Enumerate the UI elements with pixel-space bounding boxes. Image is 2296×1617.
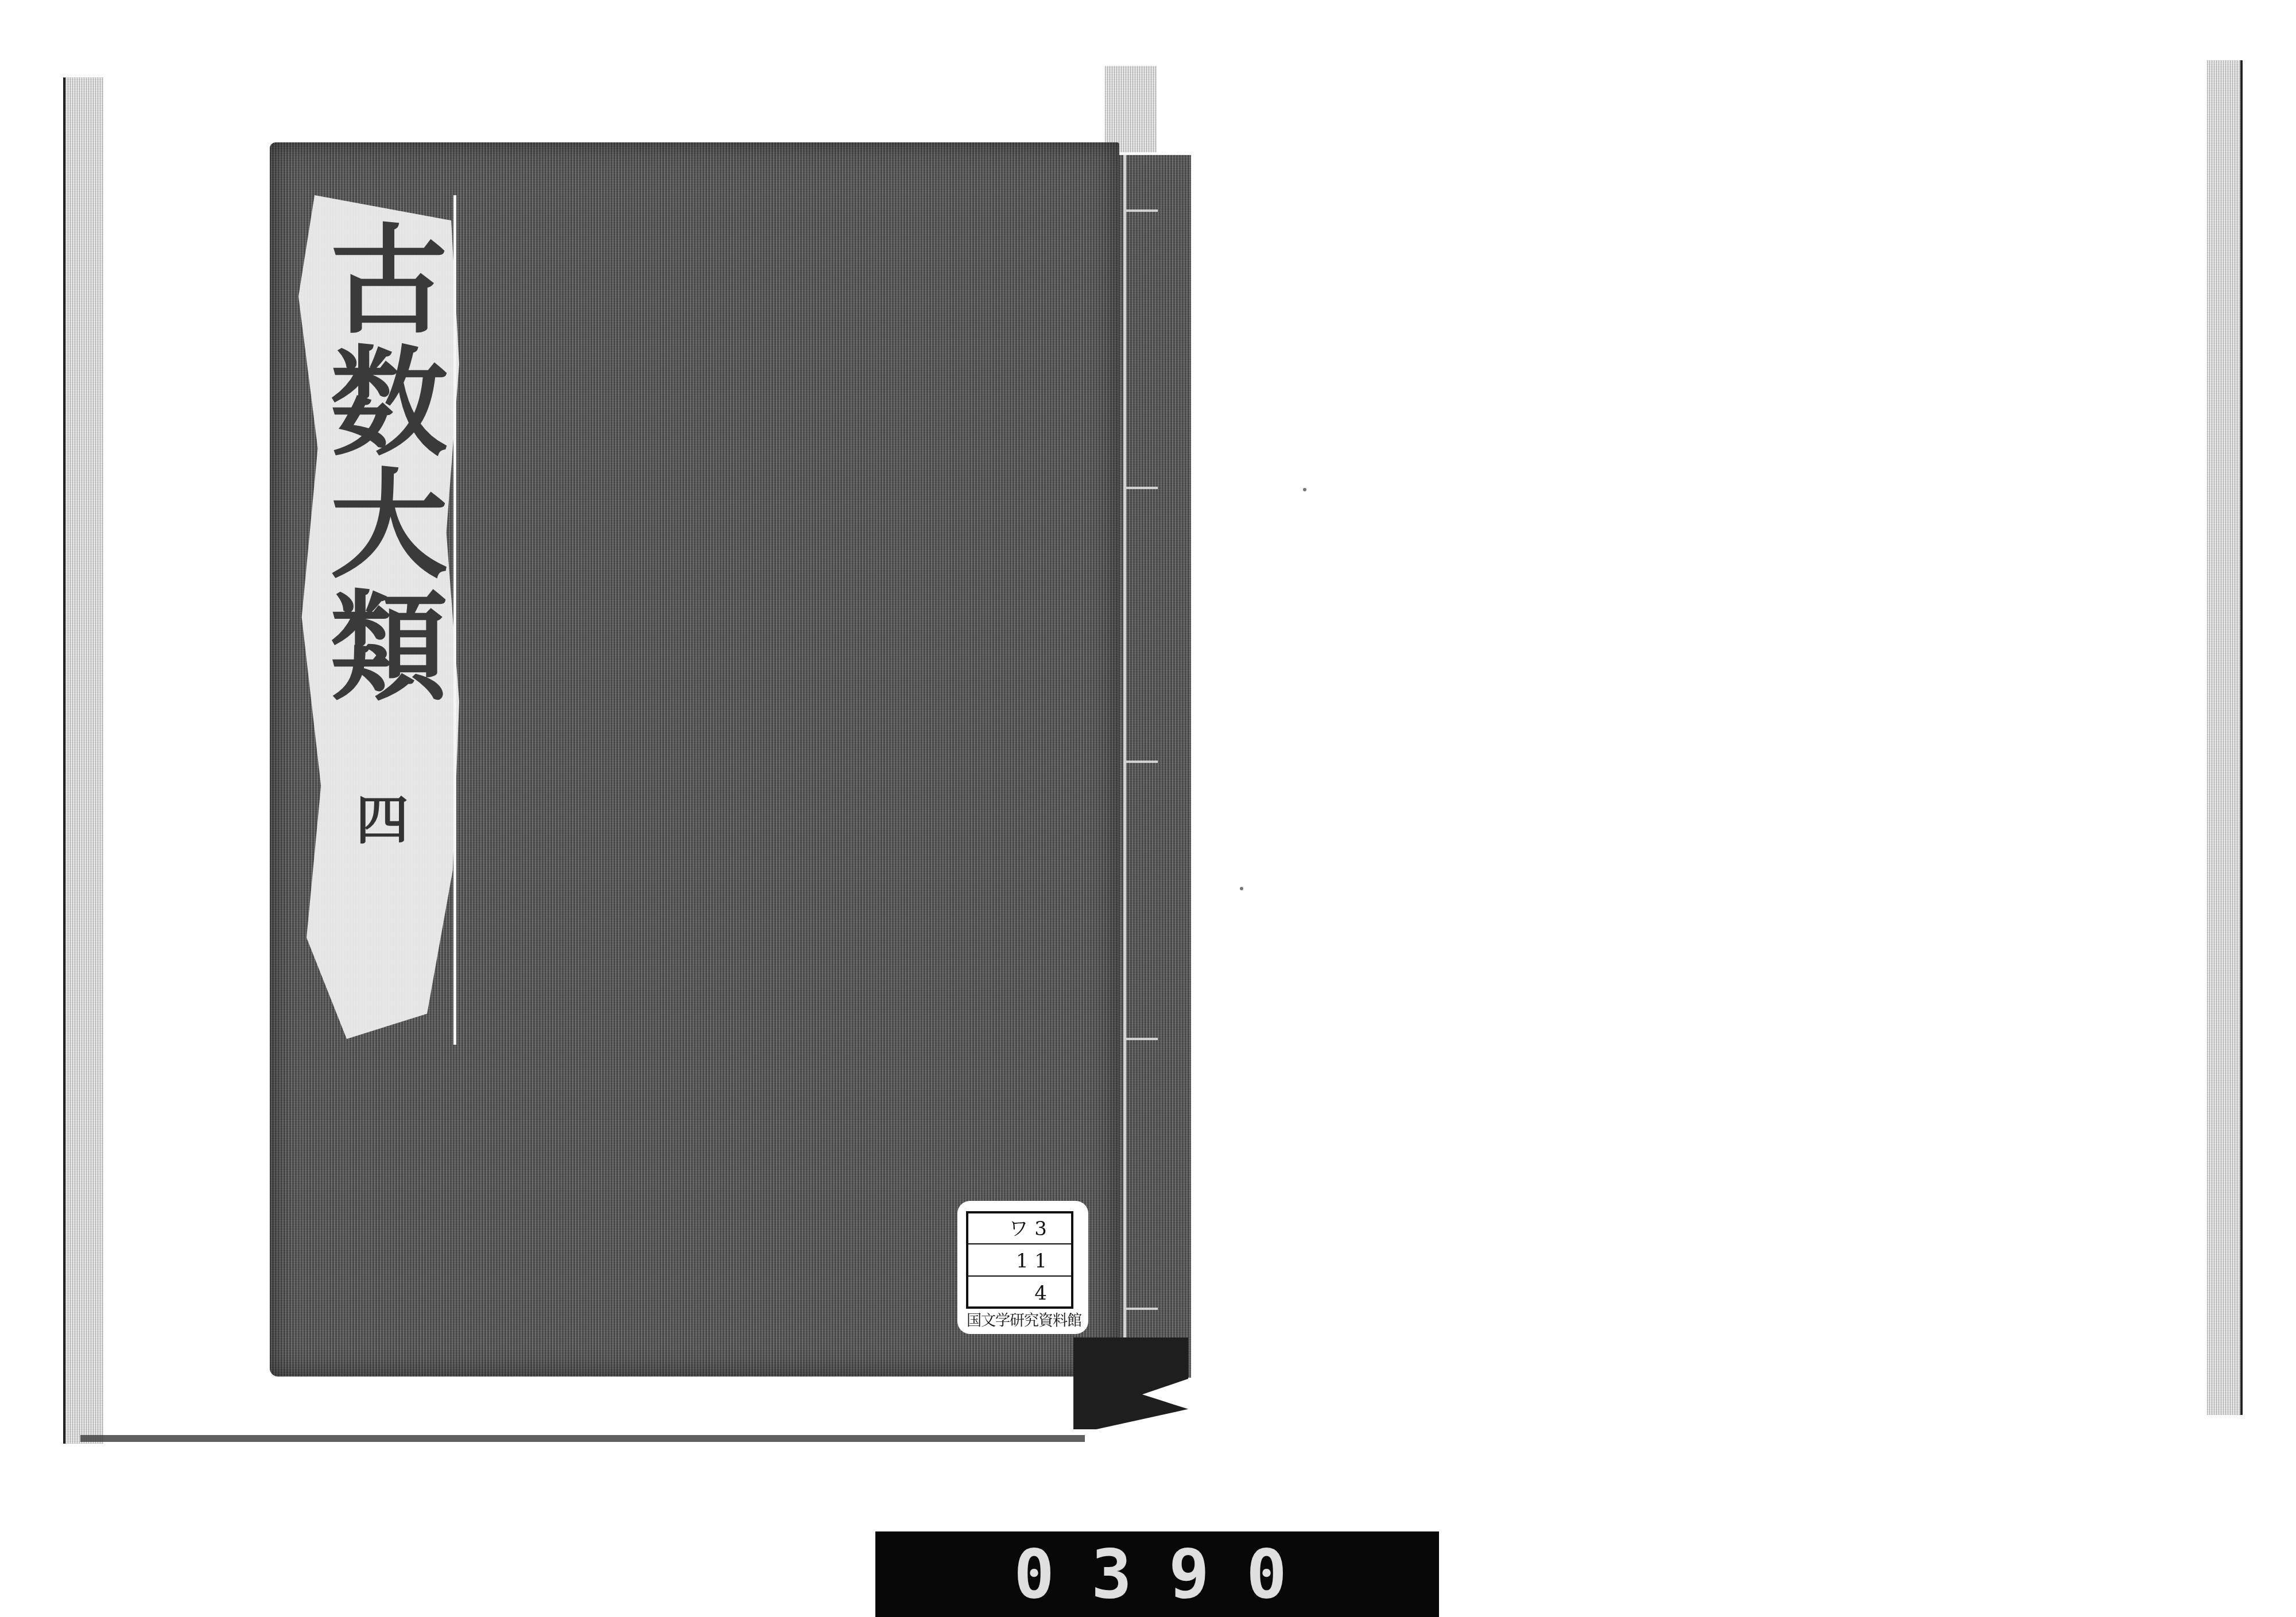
call-number-table: ワ 3 1 1 4 xyxy=(966,1211,1073,1309)
volume-number: 四 xyxy=(353,792,416,845)
binding-line xyxy=(1123,155,1126,1349)
scan-speck xyxy=(1240,887,1243,890)
book-spine xyxy=(1116,155,1191,1378)
scan-frame-bottom-edge xyxy=(80,1435,1085,1442)
frame-number: 0390 xyxy=(875,1531,1439,1617)
title-slip-border xyxy=(453,195,456,1045)
frame-number-bar: 0390 xyxy=(875,1531,1439,1617)
book-title: 古数大類 xyxy=(313,218,445,707)
binding-top-flap xyxy=(1105,66,1157,152)
binding-bottom-tab xyxy=(1073,1337,1188,1429)
binding-stitch xyxy=(1126,487,1158,489)
call-number-row: 1 1 xyxy=(968,1246,1071,1277)
binding-stitch xyxy=(1126,761,1158,763)
call-number-row: ワ 3 xyxy=(968,1213,1071,1244)
scan-speck xyxy=(1303,488,1306,491)
binding-stitch xyxy=(1126,210,1158,212)
institution-name: 国文学研究資料館 xyxy=(967,1309,1081,1330)
binding-stitch xyxy=(1126,1038,1158,1040)
scan-frame-left-edge xyxy=(63,77,103,1444)
scan-frame-right-edge xyxy=(2207,60,2243,1415)
call-number-row: 4 xyxy=(968,1278,1071,1309)
binding-stitch xyxy=(1126,1308,1158,1310)
